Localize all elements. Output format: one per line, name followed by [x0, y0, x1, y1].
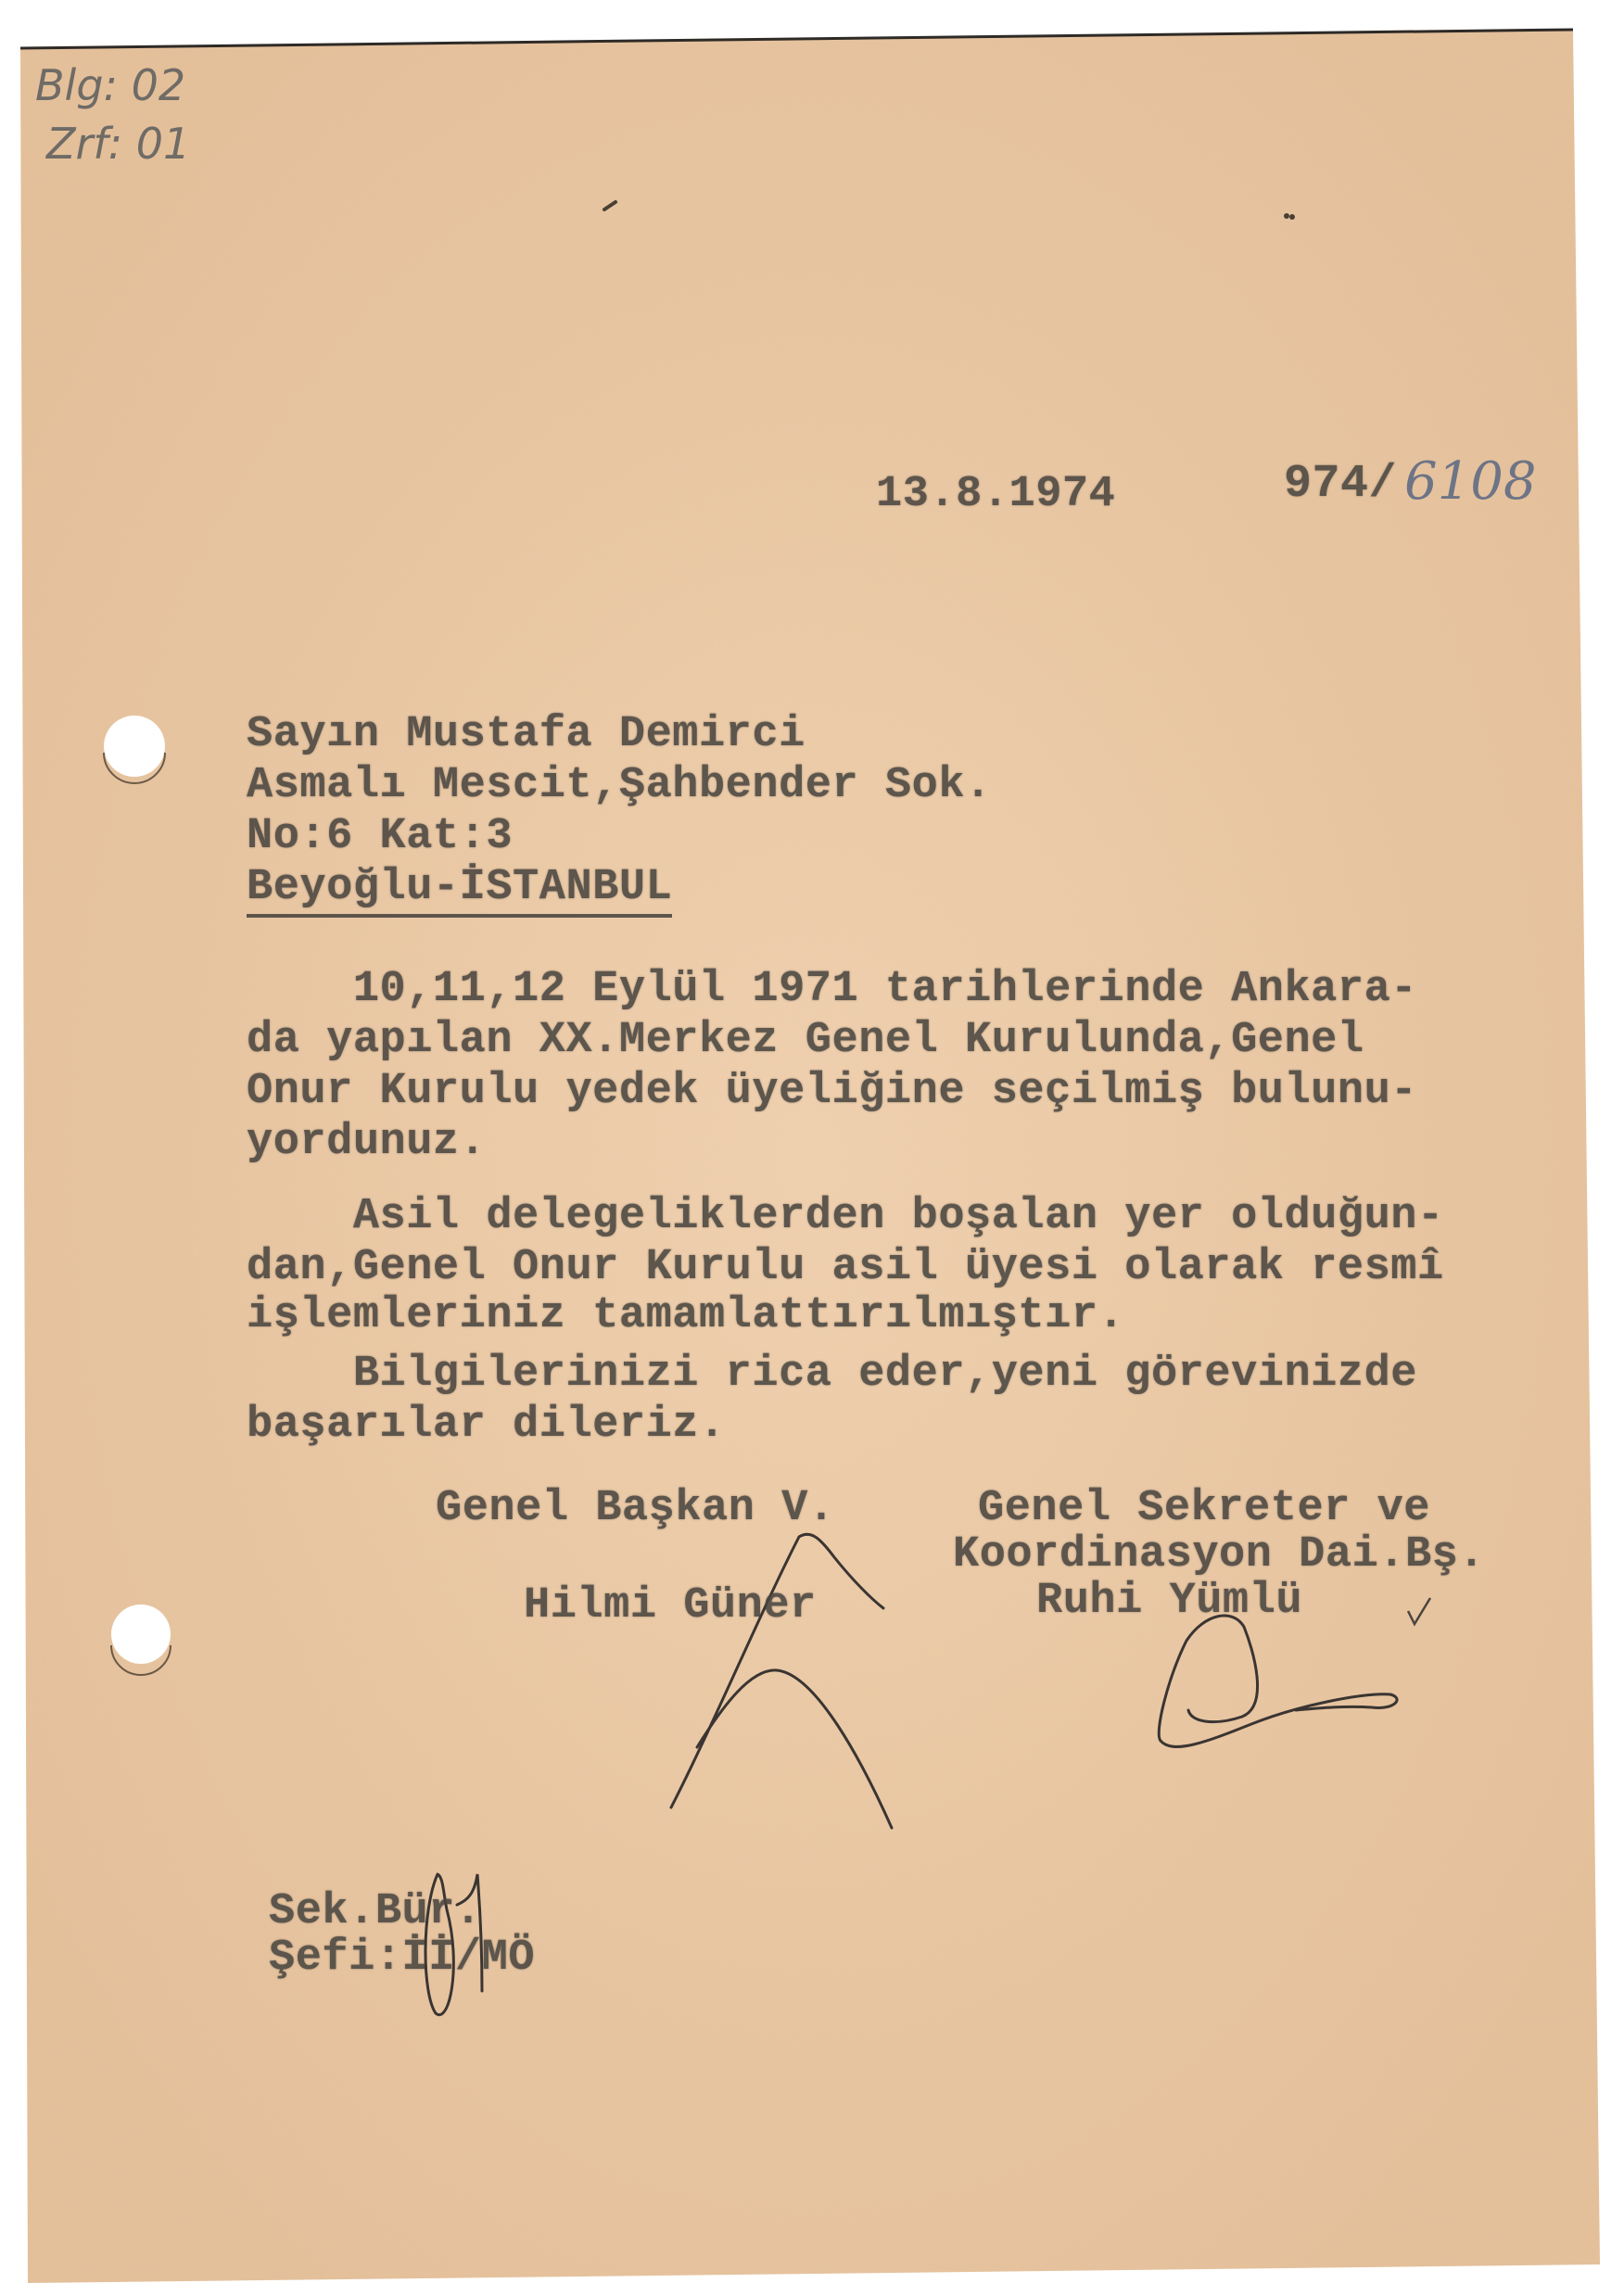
signatory-right-title-2: Koordinasyon Dai.Bş. [953, 1529, 1485, 1580]
body-p1-line4: yordunuz. [247, 1117, 486, 1168]
archive-mark-blg: Blg: 02 [35, 60, 185, 110]
reference-number-typed: 974/ [1284, 459, 1397, 510]
paper-sheet [0, 0, 1624, 2283]
recipient-name: Sayın Mustafa Demirci [247, 709, 806, 760]
body-p2-line3: işlemleriniz tamamlattırılmıştır. [247, 1290, 1124, 1341]
body-p2-line1: Asil delegeliklerden boşalan yer olduğun… [247, 1191, 1444, 1242]
body-p1-line2: da yapılan XX.Merkez Genel Kurulunda,Gen… [247, 1015, 1364, 1066]
archive-mark-zrf: Zrf: 01 [46, 119, 190, 169]
signatory-left-name: Hilmi Güner [524, 1580, 817, 1631]
signatory-right-name: Ruhi Yümlü [1036, 1576, 1302, 1627]
recipient-city: Beyoğlu-İSTANBUL [247, 863, 672, 918]
signatory-left-title: Genel Başkan V. [436, 1483, 835, 1534]
letter-date: 13.8.1974 [876, 469, 1115, 520]
body-p1-line1: 10,11,12 Eylül 1971 tarihlerinde Ankara- [247, 964, 1417, 1015]
recipient-street: Asmalı Mescit,Şahbender Sok. [247, 760, 992, 811]
footer-dept: Sek.Bür. [269, 1886, 482, 1937]
body-p3-line1: Bilgilerinizi rica eder,yeni görevinizde [247, 1349, 1417, 1400]
signatory-right-title-1: Genel Sekreter ve [978, 1483, 1430, 1534]
reference-number-handwritten: 6108 [1404, 451, 1537, 512]
body-p3-line2: başarılar dileriz. [247, 1400, 726, 1451]
body-p2-line2: dan,Genel Onur Kurulu asil üyesi olarak … [247, 1242, 1444, 1293]
letter-page: Blg: 02 Zrf: 01 13.8.1974 974/ 6108 Sayı… [0, 0, 1624, 2283]
recipient-building: No:6 Kat:3 [247, 811, 513, 862]
footer-initials: Şefi:İİ/MÖ [269, 1933, 535, 1984]
body-p1-line3: Onur Kurulu yedek üyeliğine seçilmiş bul… [247, 1066, 1417, 1117]
